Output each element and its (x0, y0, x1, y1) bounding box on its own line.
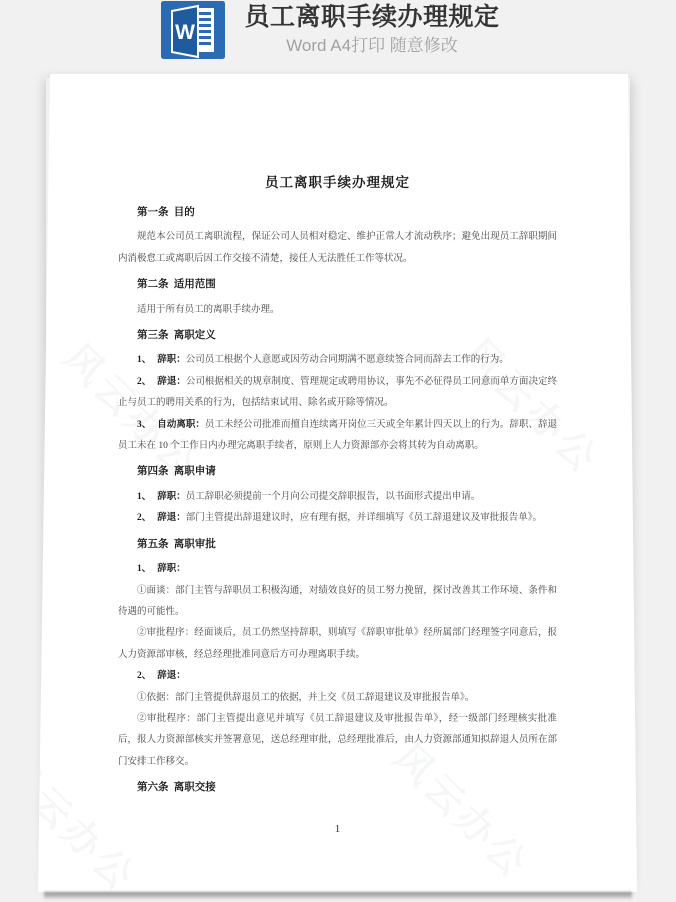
item-number: 3、 (137, 420, 151, 430)
list-item: 3、自动离职：员工未经公司批准而擅自连续离开岗位三天或全年累计四天以上的行为。辞… (118, 415, 557, 458)
word-icon: W (161, 1, 225, 59)
page-number: 1 (38, 823, 637, 835)
section-heading: 第五条 离职审批 (118, 534, 557, 555)
item-number: 1、 (137, 564, 151, 574)
list-item: 2、辞退：部门主管提出辞退建议时，应有理有据，并详细填写《员工辞退建议及审批报告… (118, 508, 557, 529)
paragraph-text: ①依据：部门主管提供辞退员工的依据，并上交《员工辞退建议及审批报告单》。 (137, 693, 474, 703)
paragraph-text: 规范本公司员工离职流程，保证公司人员相对稳定、维护正常人才流动秩序；避免出现员工… (118, 232, 557, 263)
item-number: 2、 (137, 513, 151, 523)
list-item: 2、辞退：公司根据相关的规章制度、管理规定或聘用协议，事先不必征得员工同意而单方… (118, 372, 557, 415)
doc-title: 员工离职手续办理规定 (118, 174, 557, 192)
item-term: 自动离职： (157, 420, 205, 430)
paragraph: ②审批程序：经面谈后，员工仍然坚持辞职，则填写《辞职审批单》经所属部门经理签字同… (118, 623, 557, 666)
section-heading: 第一条 目的 (118, 202, 557, 223)
item-number: 2、 (137, 671, 151, 681)
paragraph: 规范本公司员工离职流程，保证公司人员相对稳定、维护正常人才流动秩序；避免出现员工… (118, 227, 557, 270)
item-term: 辞职： (157, 355, 186, 365)
section-heading: 第三条 离职定义 (118, 325, 557, 346)
document-page: 风云办公 风云办公 风云办公 风云办公 员工离职手续办理规定 第一条 目的 规范… (38, 74, 637, 892)
item-text: 公司员工根据个人意愿或因劳动合同期满不愿意续签合同而辞去工作的行为。 (186, 355, 509, 365)
paragraph: ②审批程序：部门主管提出意见并填写《员工辞退建议及审批报告单》，经一级部门经理核… (118, 709, 557, 773)
header-text-block: 员工离职手续办理规定 Word A4打印 随意修改 (236, 2, 508, 56)
item-number: 1、 (137, 355, 151, 365)
list-item: 1、辞职：公司员工根据个人意愿或因劳动合同期满不愿意续签合同而辞去工作的行为。 (118, 350, 557, 371)
paragraph-text: ①面谈：部门主管与辞职员工积极沟通，对绩效良好的员工努力挽留，探讨改善其工作环境… (118, 586, 557, 617)
section-heading: 第二条 适用范围 (118, 274, 557, 295)
item-number: 1、 (137, 492, 151, 502)
paragraph-text: ②审批程序：经面谈后，员工仍然坚持辞职，则填写《辞职审批单》经所属部门经理签字同… (118, 628, 557, 659)
item-term: 辞职： (157, 564, 186, 574)
item-number: 2、 (137, 377, 151, 387)
document-content: 员工离职手续办理规定 第一条 目的 规范本公司员工离职流程，保证公司人员相对稳定… (38, 74, 637, 799)
list-item: 1、辞职： (118, 559, 557, 580)
paragraph: ①面谈：部门主管与辞职员工积极沟通，对绩效良好的员工努力挽留，探讨改善其工作环境… (118, 581, 557, 624)
item-term: 辞退： (157, 377, 186, 387)
paragraph: 适用于所有员工的离职手续办理。 (118, 300, 557, 321)
paragraph: ①依据：部门主管提供辞退员工的依据，并上交《员工辞退建议及审批报告单》。 (118, 688, 557, 709)
section-heading: 第六条 离职交接 (118, 777, 557, 798)
section-heading: 第四条 离职申请 (118, 461, 557, 482)
item-term: 辞退： (157, 671, 186, 681)
item-term: 辞职： (157, 492, 186, 502)
header-subtitle: Word A4打印 随意修改 (236, 35, 508, 56)
header-title: 员工离职手续办理规定 (236, 2, 508, 33)
item-term: 辞退： (157, 513, 186, 523)
page-bottom-shadow (44, 892, 632, 899)
paragraph-text: ②审批程序：部门主管提出意见并填写《员工辞退建议及审批报告单》，经一级部门经理核… (118, 714, 557, 767)
item-text: 部门主管提出辞退建议时，应有理有据，并详细填写《员工辞退建议及审批报告单》。 (186, 513, 542, 523)
list-item: 2、辞退： (118, 666, 557, 687)
page-header: W 员工离职手续办理规定 Word A4打印 随意修改 (0, 0, 676, 64)
paragraph-text: 适用于所有员工的离职手续办理。 (137, 305, 280, 315)
svg-text:W: W (175, 21, 195, 44)
item-text: 员工辞职必须提前一个月向公司提交辞职报告，以书面形式提出申请。 (186, 492, 481, 502)
list-item: 1、辞职：员工辞职必须提前一个月向公司提交辞职报告，以书面形式提出申请。 (118, 487, 557, 508)
